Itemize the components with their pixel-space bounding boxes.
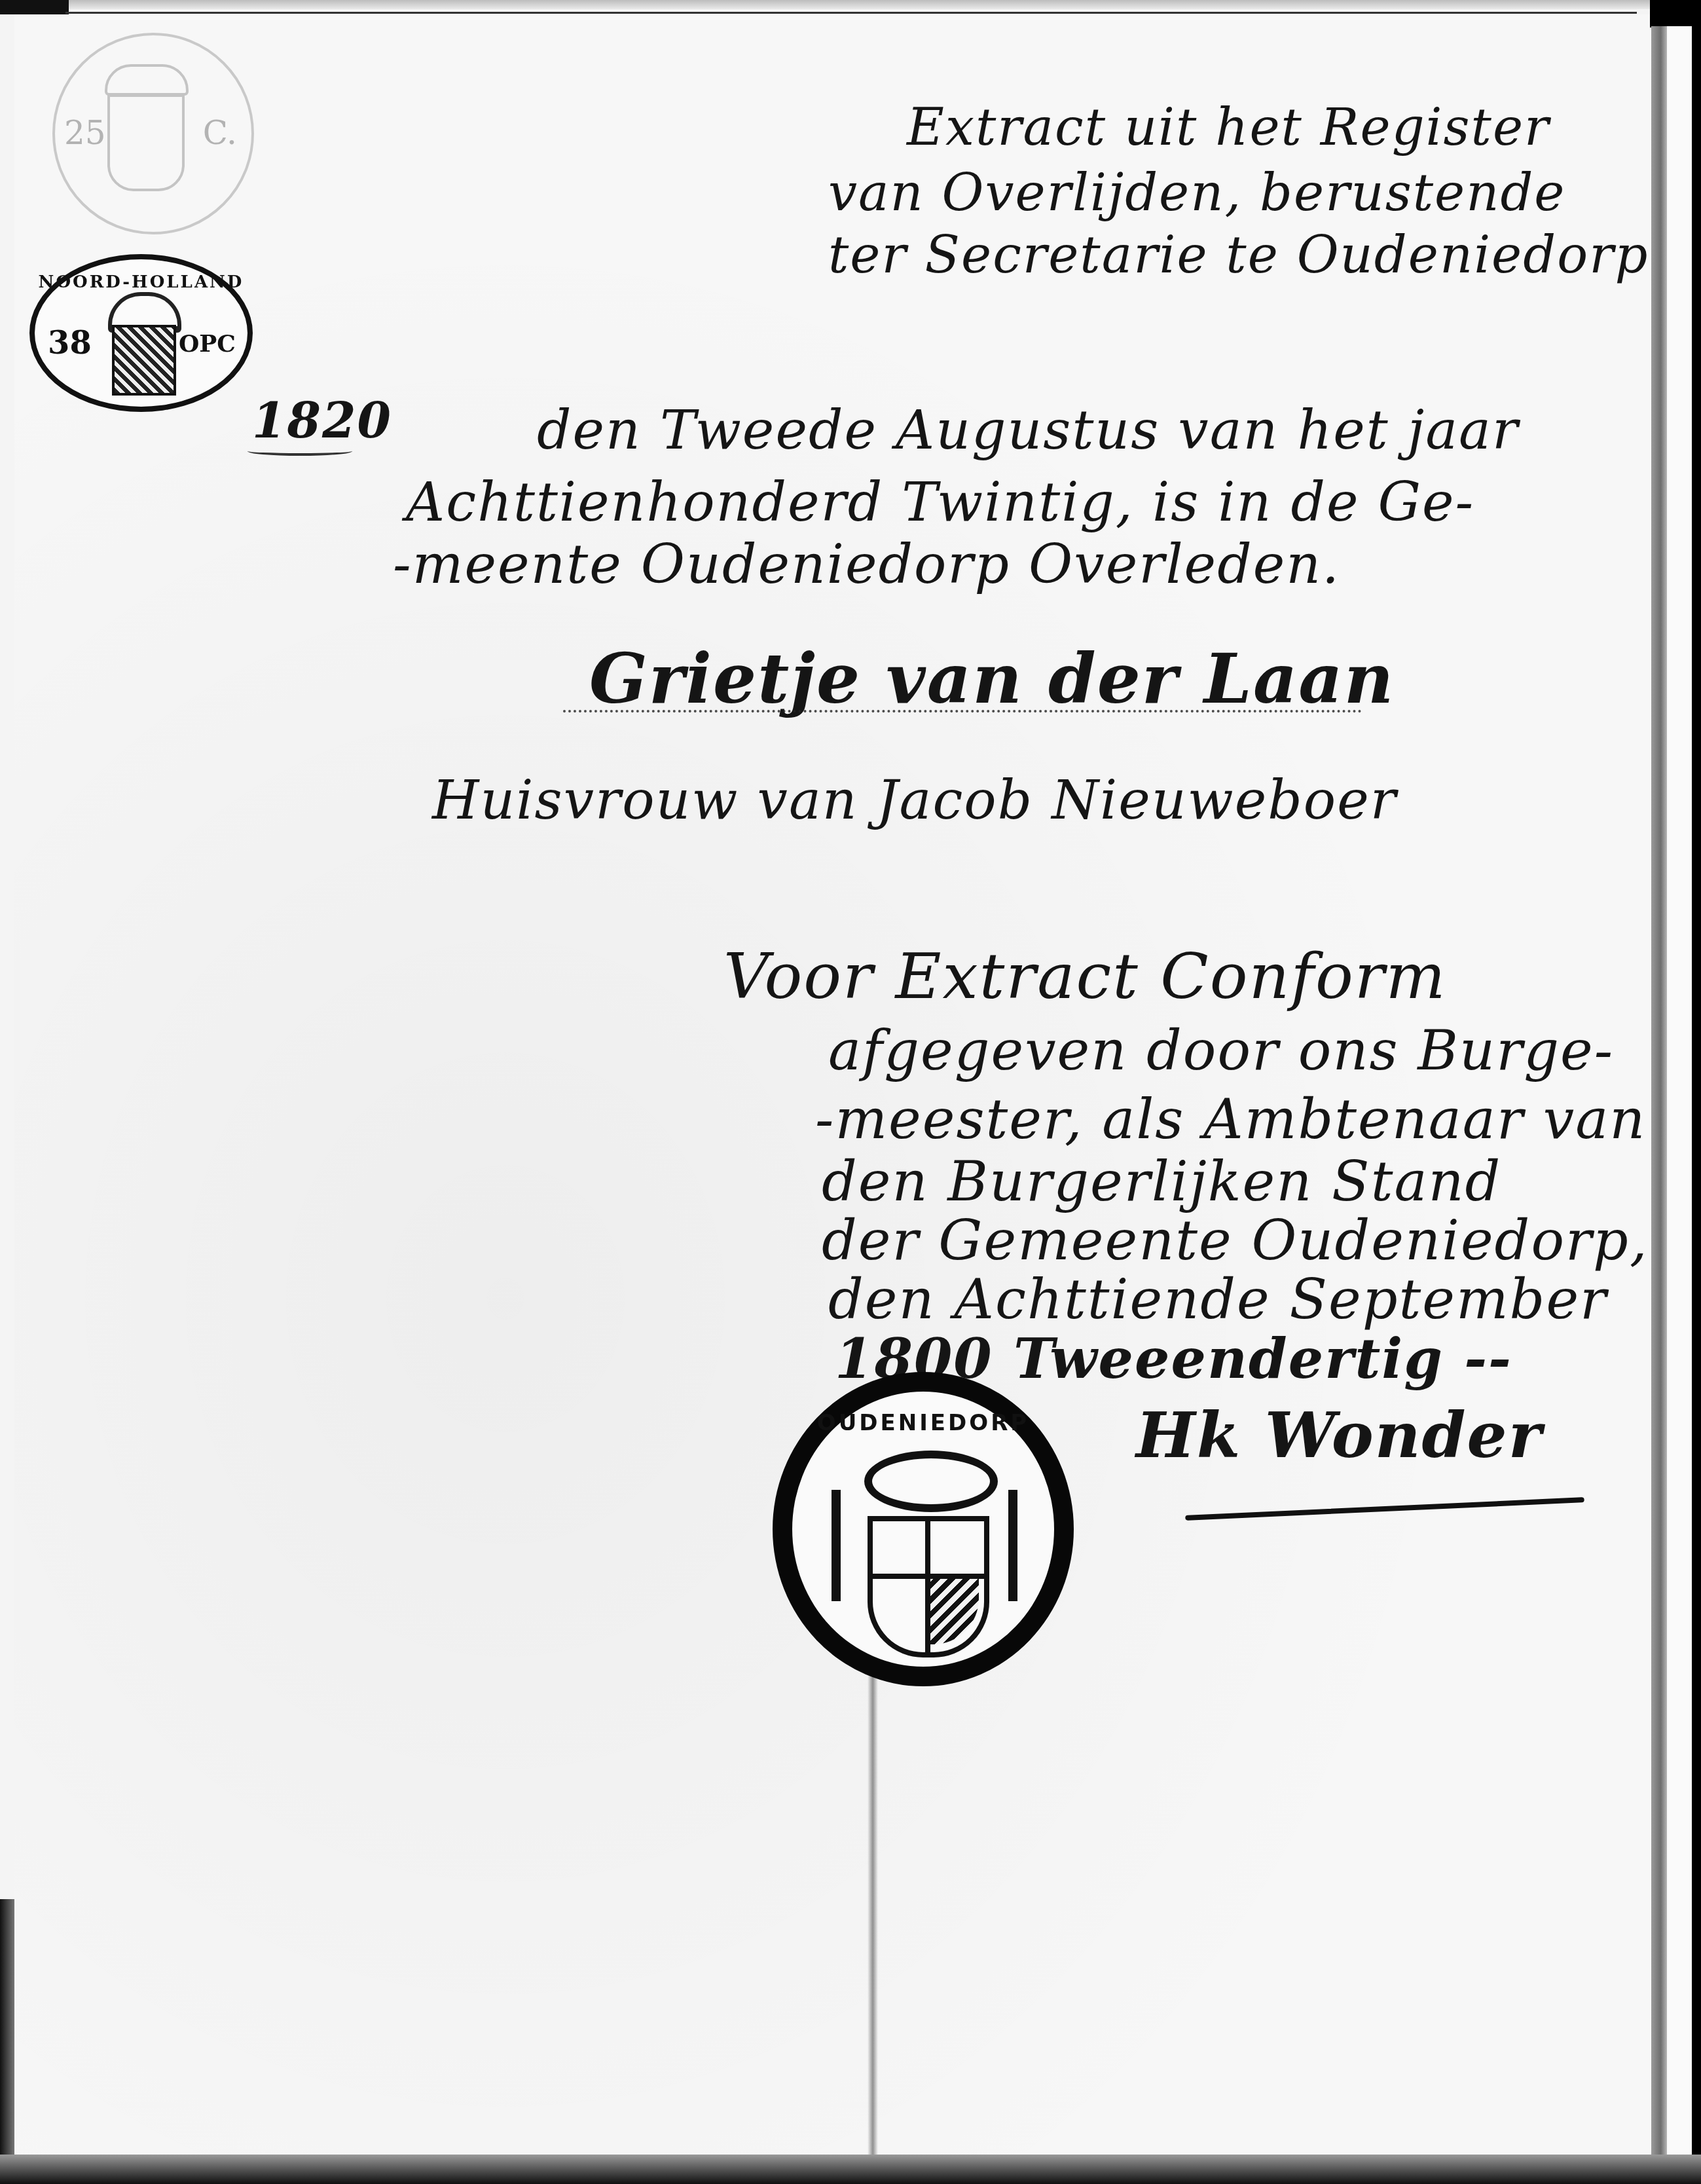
page-fold-line [868, 1604, 878, 2184]
scan-edge-bottom [0, 2155, 1701, 2184]
certification-line-5: der Gemeente Oudeniedorp, [822, 1208, 1649, 1272]
certification-line-4: den Burgerlijken Stand [822, 1149, 1501, 1213]
scan-edge-left [0, 1899, 14, 2184]
certification-line-1: Voor Extract Conform [723, 940, 1447, 1013]
margin-year: 1820 [252, 393, 392, 449]
page-right-border [1651, 26, 1667, 2161]
signature: Hk Wonder [1136, 1398, 1543, 1472]
name-flourish-underline [563, 706, 1362, 713]
embossed-seal: 25 C. [52, 33, 254, 234]
entry-line-3: -meente Oudeniedorp Overleden. [393, 534, 1340, 596]
embossed-seal-right-value: C. [203, 114, 237, 152]
municipal-seal: OUDENIEDORP [773, 1372, 1074, 1686]
certification-line-3: -meester, als Ambtenaar van [815, 1087, 1646, 1151]
document-page [14, 14, 1651, 2155]
scan-edge-corner-top-left [0, 0, 69, 14]
tax-stamp-ring-text: NOORD-HOLLAND [35, 272, 247, 292]
crown-icon [105, 64, 189, 96]
tax-stamp-unit: OPC [179, 330, 236, 358]
entry-line-1: den Tweede Augustus van het jaar [537, 399, 1519, 462]
embossed-seal-left-value: 25 [64, 114, 106, 152]
scan-edge-top [0, 0, 1701, 9]
certification-line-6: den Achttiende September [828, 1267, 1607, 1331]
page-top-edge-line [65, 12, 1637, 14]
entry-line-2: Achttienhonderd Twintig, is in de Ge- [406, 472, 1474, 534]
municipal-seal-ring-text: OUDENIEDORP [792, 1410, 1054, 1436]
scan-right-margin [1667, 26, 1692, 2161]
tax-stamp: NOORD-HOLLAND 38 OPC [29, 254, 253, 412]
ribbon-right [1008, 1490, 1017, 1601]
header-line-3: ter Secretarie te Oudeniedorp [828, 226, 1649, 285]
ribbon-left [832, 1490, 841, 1601]
scan-edge-right [1692, 0, 1701, 2184]
header-line-2: van Overlijden, berustende [828, 164, 1566, 223]
coat-of-arms-icon [868, 1516, 989, 1657]
tax-stamp-value: 38 [48, 325, 92, 361]
shield-icon [107, 94, 185, 191]
header-line-1: Extract uit het Register [907, 98, 1550, 157]
coat-of-arms-icon [112, 325, 176, 396]
certification-line-2: afgegeven door ons Burge- [828, 1018, 1614, 1083]
relation-line: Huisvrouw van Jacob Nieuweboer [432, 769, 1397, 832]
ribbon-bow-icon [864, 1451, 998, 1512]
margin-year-flourish [247, 447, 352, 456]
